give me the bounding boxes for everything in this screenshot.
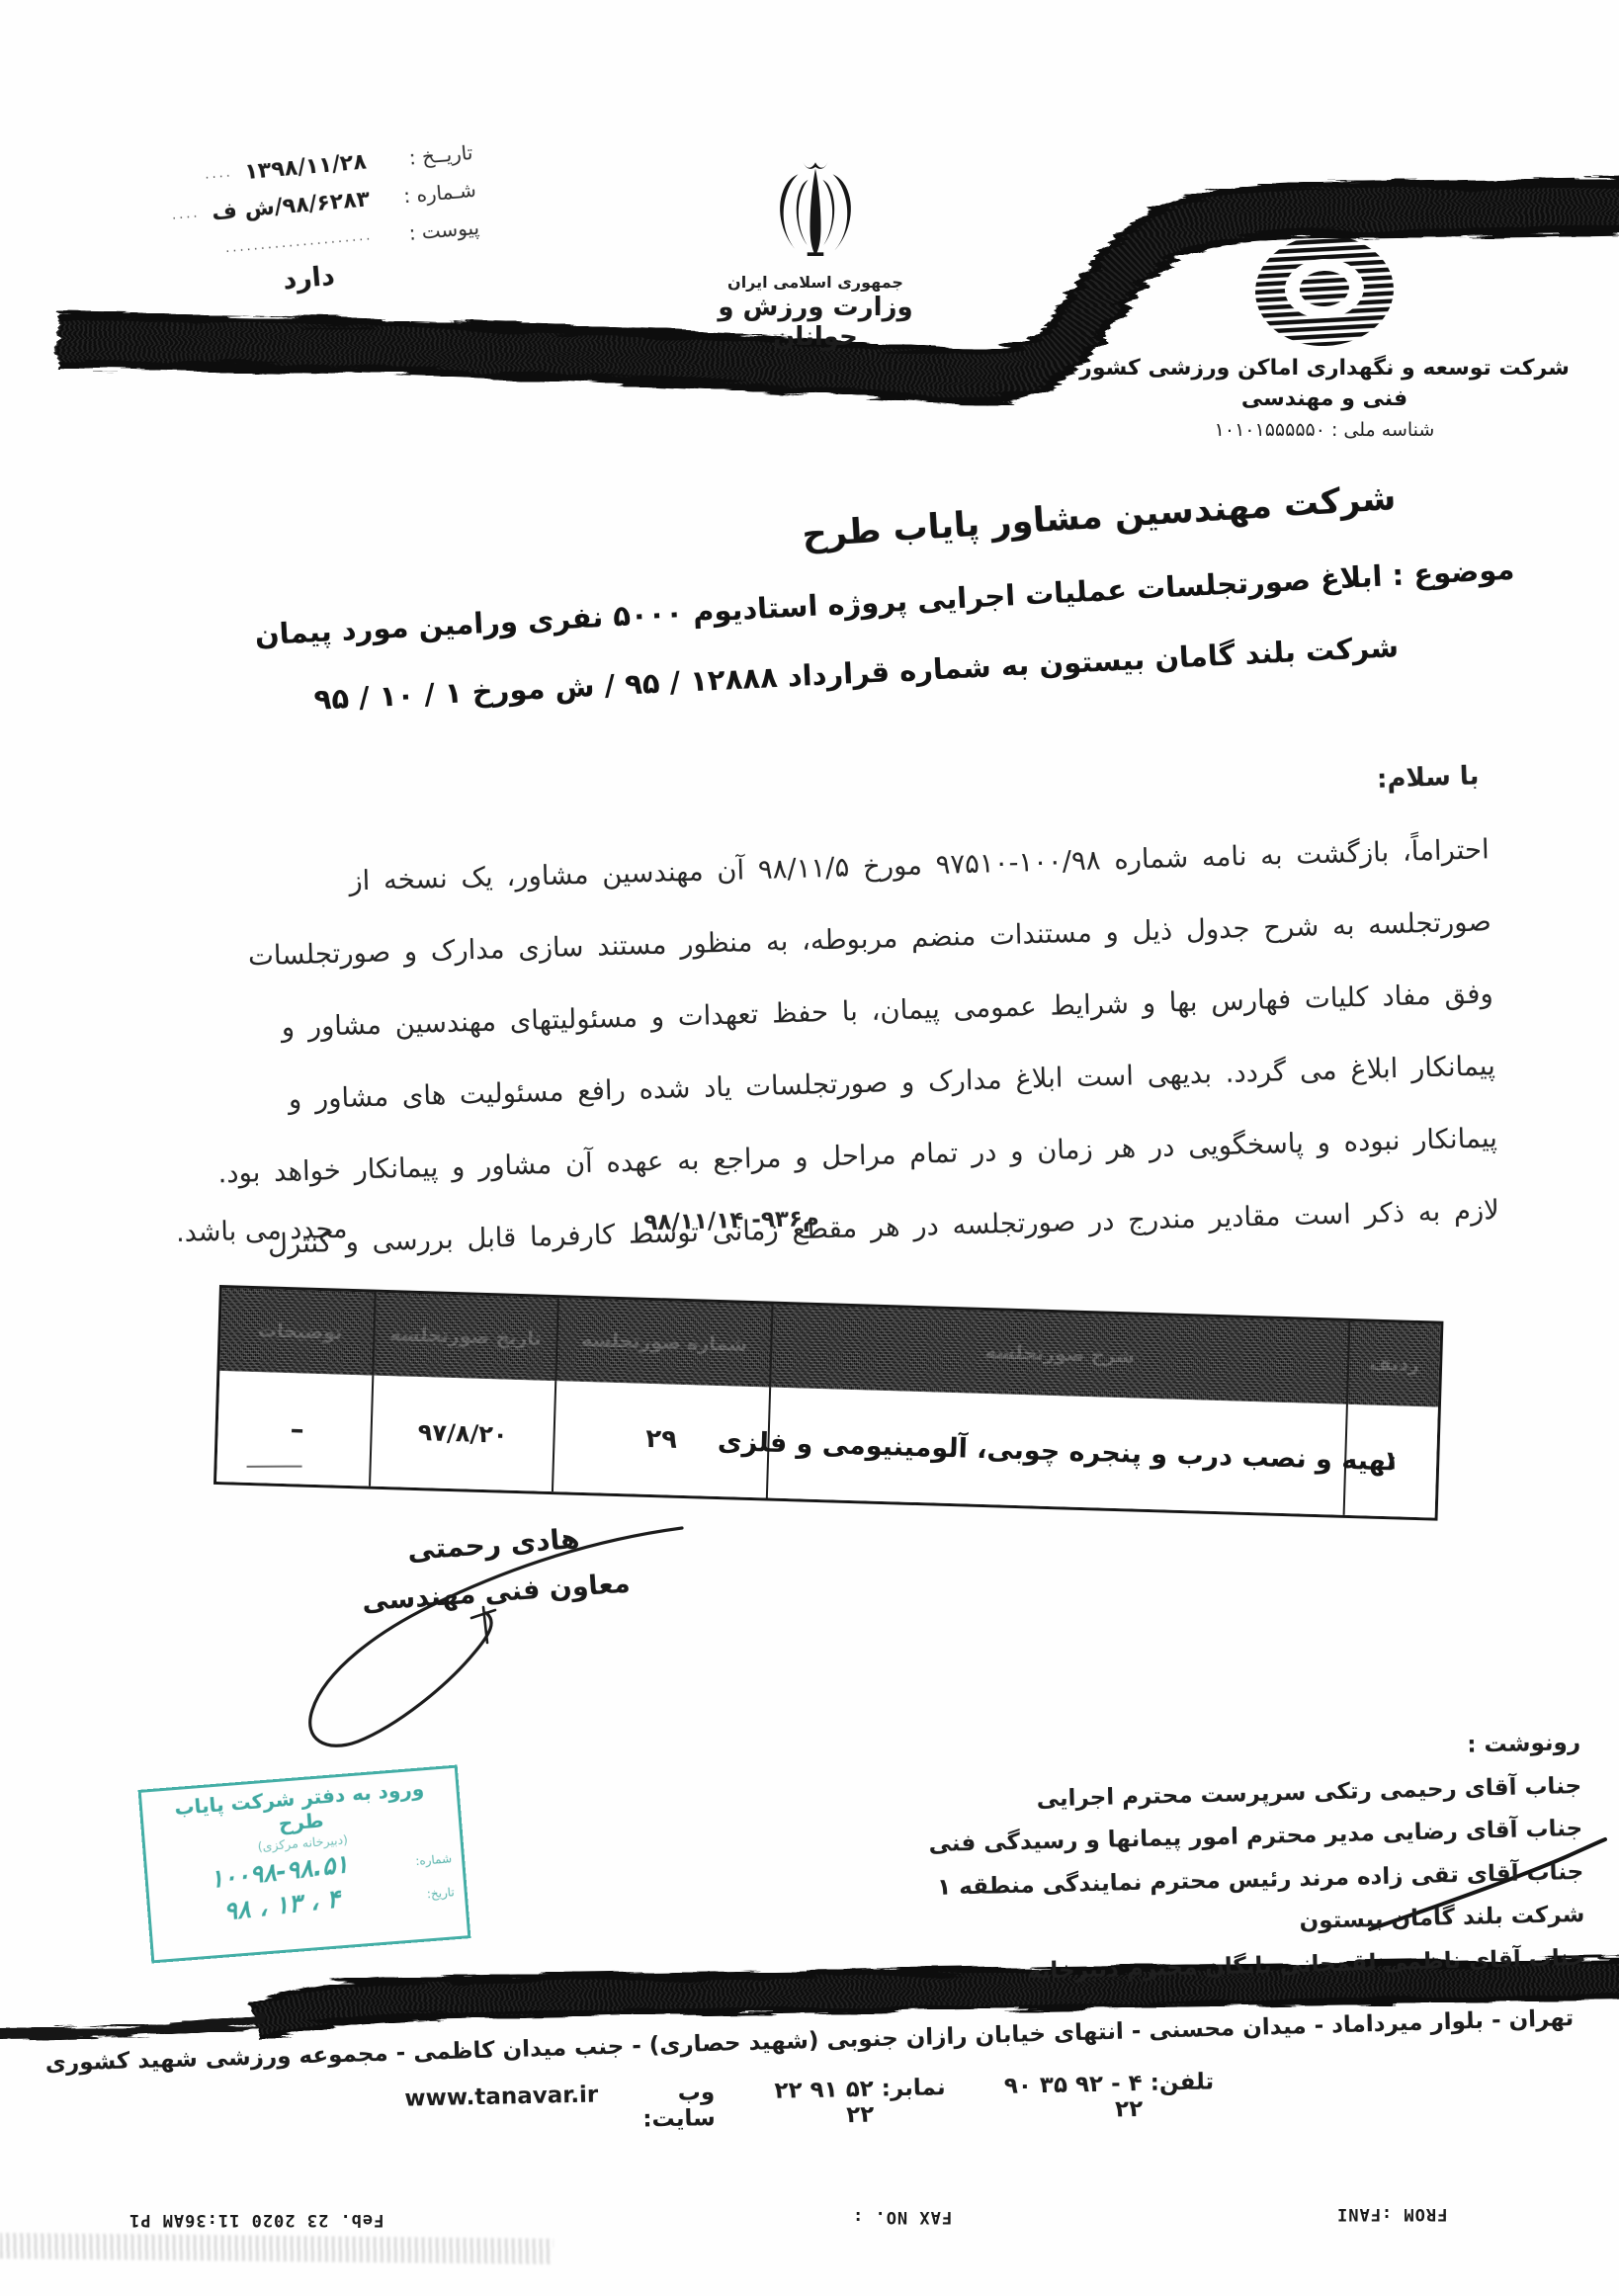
letter-meta-fields: تاریــخ : ۱۳۹۸/۱۱/۲۸ ···· شـماره : ۹۸/۶۲… bbox=[106, 140, 484, 310]
signer-title: معاون فنی مهندسی bbox=[361, 1569, 631, 1618]
ministry-header: جمهوری اسلامی ایران وزارت ورزش و جوانان bbox=[692, 150, 939, 352]
date-dotted-line: ···· bbox=[205, 169, 234, 186]
header-cell-remarks: توضیحات bbox=[225, 1288, 374, 1375]
org-name-line1: شرکت توسعه و نگهداری اماکن ورزشی کشور bbox=[1063, 356, 1586, 381]
stamp-number-label: شماره: bbox=[400, 1851, 453, 1869]
national-id-value: ۱۰۱۰۱۵۵۵۵۵۰ bbox=[1215, 419, 1325, 441]
fax-datetime-text: Feb. 23 2020 11:36AM P1 bbox=[128, 2210, 383, 2230]
incoming-registry-stamp: ورود به دفتر شرکت پایاب طرح (دبیرخانه مر… bbox=[138, 1765, 471, 1964]
date-label: تاریــخ : bbox=[378, 140, 474, 172]
header-cell-number: شماره صورتجلسه bbox=[554, 1298, 771, 1387]
signer-name: هادی رحمتی bbox=[406, 1522, 580, 1567]
fax-label: نمابر: bbox=[881, 2075, 945, 2101]
header-cell-index: ردیف bbox=[1346, 1321, 1440, 1407]
date-value: ۱۳۹۸/۱۱/۲۸ bbox=[244, 149, 368, 185]
attachment-dotted-line: ····················· bbox=[225, 232, 375, 260]
fax-value: ۵۲ ۹۱ ۲۲ ۲۲ bbox=[744, 2077, 875, 2131]
website-label: وب سایت: bbox=[606, 2080, 716, 2133]
website-value: www.tanavar.ir bbox=[404, 2082, 598, 2111]
stamp-date-label: تاریخ: bbox=[402, 1885, 455, 1903]
row-number-cell: ۲۹ bbox=[552, 1381, 769, 1497]
row-remarks-cell: – bbox=[222, 1371, 372, 1486]
minutes-table: ردیف شرح صورتجلسه شماره صورتجلسه تاریخ ص… bbox=[213, 1285, 1443, 1521]
fax-from-text: FROM :FANI bbox=[1336, 2204, 1447, 2224]
number-value: ۹۸/۶۲۸۳/ش ف bbox=[211, 187, 371, 225]
header-cell-date: تاریخ صورتجلسه bbox=[372, 1293, 556, 1381]
scanned-letter-page: تاریــخ : ۱۳۹۸/۱۱/۲۸ ···· شـماره : ۹۸/۶۲… bbox=[0, 0, 1619, 2296]
country-name: جمهوری اسلامی ایران bbox=[692, 273, 939, 292]
footer-fax: نمابر: ۵۲ ۹۱ ۲۲ ۲۲ bbox=[744, 2075, 946, 2130]
organization-header: شرکت توسعه و نگهداری اماکن ورزشی کشور فن… bbox=[1063, 231, 1586, 441]
row-description-cell: تهیه و نصب درب و پنجره چوبی، آلومینیومی … bbox=[766, 1388, 1346, 1515]
org-name-line2: فنی و مهندسی bbox=[1063, 386, 1586, 411]
national-id-line: شناسه ملی : ۱۰۱۰۱۵۵۵۵۵۰ bbox=[1063, 419, 1586, 441]
scan-smudge bbox=[0, 2233, 554, 2264]
signature-stroke bbox=[310, 1528, 682, 1745]
salutation: با سلام: bbox=[1376, 761, 1479, 795]
signature-tick bbox=[471, 1607, 495, 1643]
attachment-label: پیوست : bbox=[383, 215, 480, 247]
footer-phone: تلفن: ۴ - ۹۲ ۳۵ ۹۰ ۲۲ bbox=[975, 2069, 1215, 2125]
recipient-title: شرکت مهندسین مشاور پایاب طرح bbox=[801, 478, 1397, 555]
subject-line-2: شرکت بلند گامان بیستون به شماره قرارداد … bbox=[313, 630, 1400, 717]
phone-value: ۴ - ۹۲ ۳۵ ۹۰ ۲۲ bbox=[975, 2071, 1143, 2126]
iran-emblem-icon bbox=[770, 150, 861, 271]
cc-list: رونوشت : جناب آقای رحیمی رتکی سرپرست محت… bbox=[926, 1722, 1586, 1996]
closing-reference-number: م۹۳۶- ۹۸/۱۱/۱۴ bbox=[643, 1206, 819, 1235]
company-logo-icon bbox=[1250, 231, 1399, 352]
closing-text: مجدد می باشد. bbox=[176, 1214, 348, 1248]
bottom-scan-band-tail bbox=[0, 2018, 265, 2034]
footer-address: تهران - بلوار میرداماد - میدان محسنی - ا… bbox=[44, 2005, 1574, 2077]
footer-contacts: تلفن: ۴ - ۹۲ ۳۵ ۹۰ ۲۲ نمابر: ۵۲ ۹۱ ۲۲ ۲۲… bbox=[404, 2069, 1215, 2137]
number-dotted-line: ···· bbox=[172, 210, 202, 226]
phone-label: تلفن: bbox=[1150, 2069, 1214, 2095]
number-label: شـماره : bbox=[381, 178, 477, 210]
national-id-label: شناسه ملی : bbox=[1331, 419, 1434, 441]
row-date-cell: ۹۷/۸/۲۰ bbox=[369, 1376, 554, 1491]
ministry-name: وزارت ورزش و جوانان bbox=[692, 293, 939, 352]
fax-number-text: FAX NO. : bbox=[852, 2207, 952, 2227]
footer-website: وب سایت: www.tanavar.ir bbox=[404, 2080, 716, 2138]
attachment-value: دارد bbox=[115, 261, 336, 310]
